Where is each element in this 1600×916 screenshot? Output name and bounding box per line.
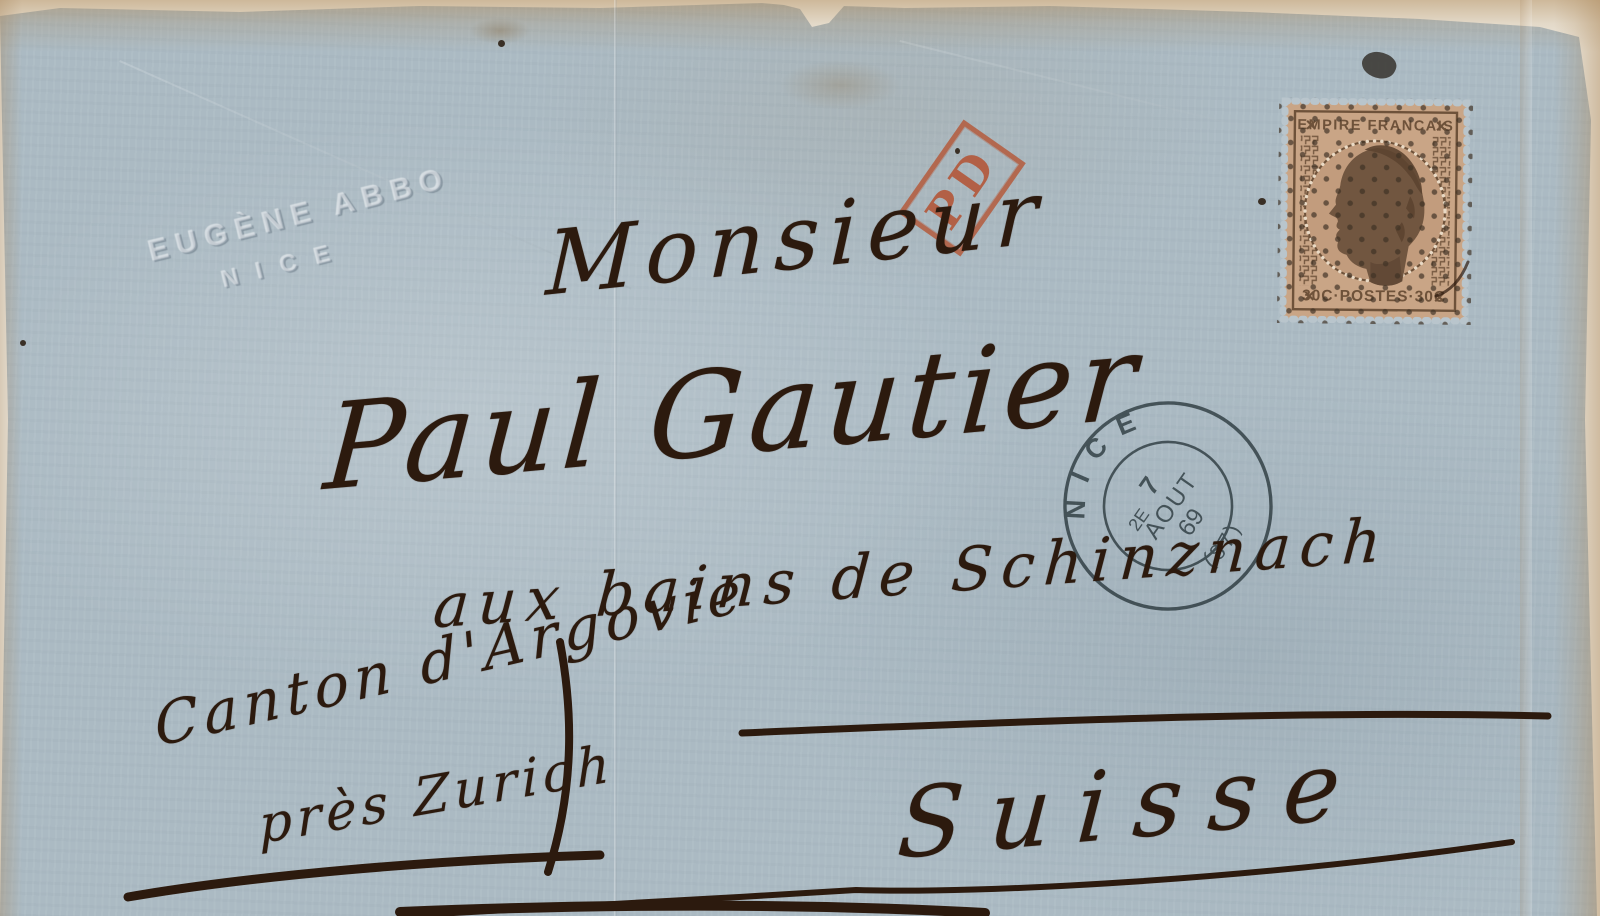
dotted-lozenge-cancel xyxy=(1277,97,1473,325)
foxing-stain xyxy=(780,60,900,110)
aged-edge-right xyxy=(1554,0,1600,916)
ink-speck xyxy=(1258,198,1266,205)
ink-speck xyxy=(20,340,26,346)
napoleon-30c-stamp: ✕ EMPIRE FRANCAIS ✕ ✕ 30C·POSTES·30C ✕ xyxy=(1277,95,1473,327)
aged-edge-left xyxy=(0,0,22,916)
aged-edge-top xyxy=(0,0,1600,52)
ink-speck xyxy=(498,40,505,47)
right-fold-crease xyxy=(1520,0,1532,916)
scanned-postal-cover-photo: EUGÈNE ABBO NICE PD NICE (87) 2E 7 AOUT xyxy=(0,0,1600,916)
